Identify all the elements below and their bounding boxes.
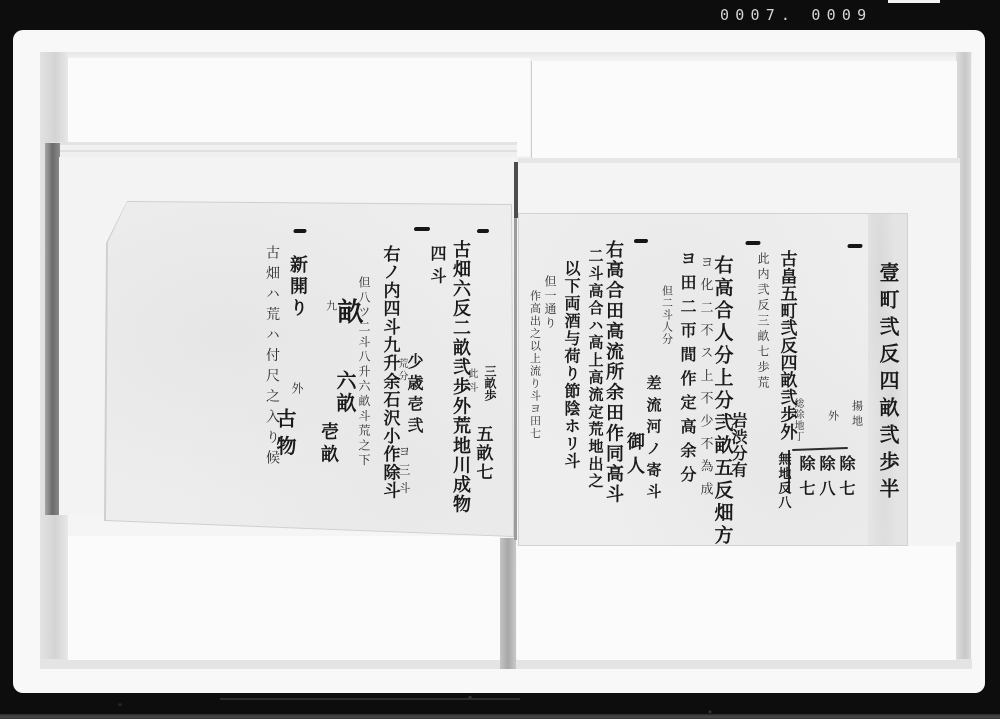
backing-sheet-lower-right xyxy=(517,546,956,660)
text-column: 少歳壱弐 xyxy=(406,353,422,438)
film-scratch xyxy=(220,698,520,700)
text-column: 四斗 xyxy=(429,245,445,290)
item-marker: 一 xyxy=(634,239,649,243)
text-column: 古畑ハ荒ハ付尺之入り候 xyxy=(265,245,279,471)
backing-sheet-lower-left xyxy=(68,536,500,660)
text-annotation: 三畝歩 xyxy=(484,365,496,401)
item-marker: 一 xyxy=(847,244,863,248)
text-column: 差流河ノ寄斗 xyxy=(646,375,661,505)
binding-spine-lower xyxy=(514,218,517,540)
text-column: 右ノ内四斗九升余石沢小作除斗 xyxy=(381,245,398,500)
text-annotation: 揚地 xyxy=(852,400,863,430)
text-column: 右高合田高流所余田作同高斗 xyxy=(604,240,622,505)
item-marker: 一 xyxy=(477,229,490,233)
binding-spine-shadow xyxy=(500,538,516,669)
text-column: 新開り xyxy=(288,255,306,320)
backing-sheet-upper-right xyxy=(531,61,957,161)
text-column: ヨ三斗 xyxy=(398,445,410,500)
text-column: 御人 xyxy=(625,432,643,480)
text-column: 壹町弐反四畝弐歩半 xyxy=(878,262,898,505)
text-column: 壱畝 xyxy=(319,422,337,467)
text-column: 此内弐反三畝七歩荒 xyxy=(757,252,769,392)
microfilm-frame: 0007. 0009 一 一 一 壹町弐反四畝弐歩半 揚地 外 総除地丁 除七 … xyxy=(0,0,1000,719)
text-column: 六畝 xyxy=(335,370,355,415)
text-column: ヨ田二帀間作定高余分 xyxy=(679,250,695,490)
text-annotation: 外 xyxy=(291,382,303,394)
text-column: 作高出之以上流り斗ヨ田七 xyxy=(530,290,541,440)
film-edge xyxy=(0,714,1000,719)
text-column: 但二斗人分 xyxy=(662,285,673,345)
item-marker: 一 xyxy=(293,229,307,233)
film-frame-number: 0007. 0009 xyxy=(720,6,872,24)
item-marker: 一 xyxy=(745,241,761,245)
binding-spine xyxy=(514,162,518,218)
item-marker: 一 xyxy=(414,227,431,231)
text-column: 五畝七 xyxy=(474,425,491,482)
text-column: 以下両酒与荷り節陰ホリ斗 xyxy=(563,260,579,470)
text-column: ヨ化二不ス上不少不為成 xyxy=(699,255,712,505)
text-column: 右高合人分上分弐畝五反畑方 xyxy=(713,255,732,548)
film-frame-mark xyxy=(888,0,940,3)
text-column: 畝 xyxy=(335,298,361,324)
text-column: 無地反八 xyxy=(777,452,790,510)
text-column: 但一通り xyxy=(544,275,556,330)
left-page-edge-shadow xyxy=(45,143,60,515)
text-column: 除七 xyxy=(838,455,854,505)
text-column: 除七 xyxy=(798,455,814,505)
text-column: 除八 xyxy=(818,455,834,505)
text-annotation: 此斗 xyxy=(466,368,476,396)
text-column: 二斗高合ハ高上高流定荒地出之 xyxy=(588,248,603,490)
text-column: 古畠五町弐反四畝弐歩外 xyxy=(778,250,795,440)
text-annotation: 外 xyxy=(828,410,839,421)
